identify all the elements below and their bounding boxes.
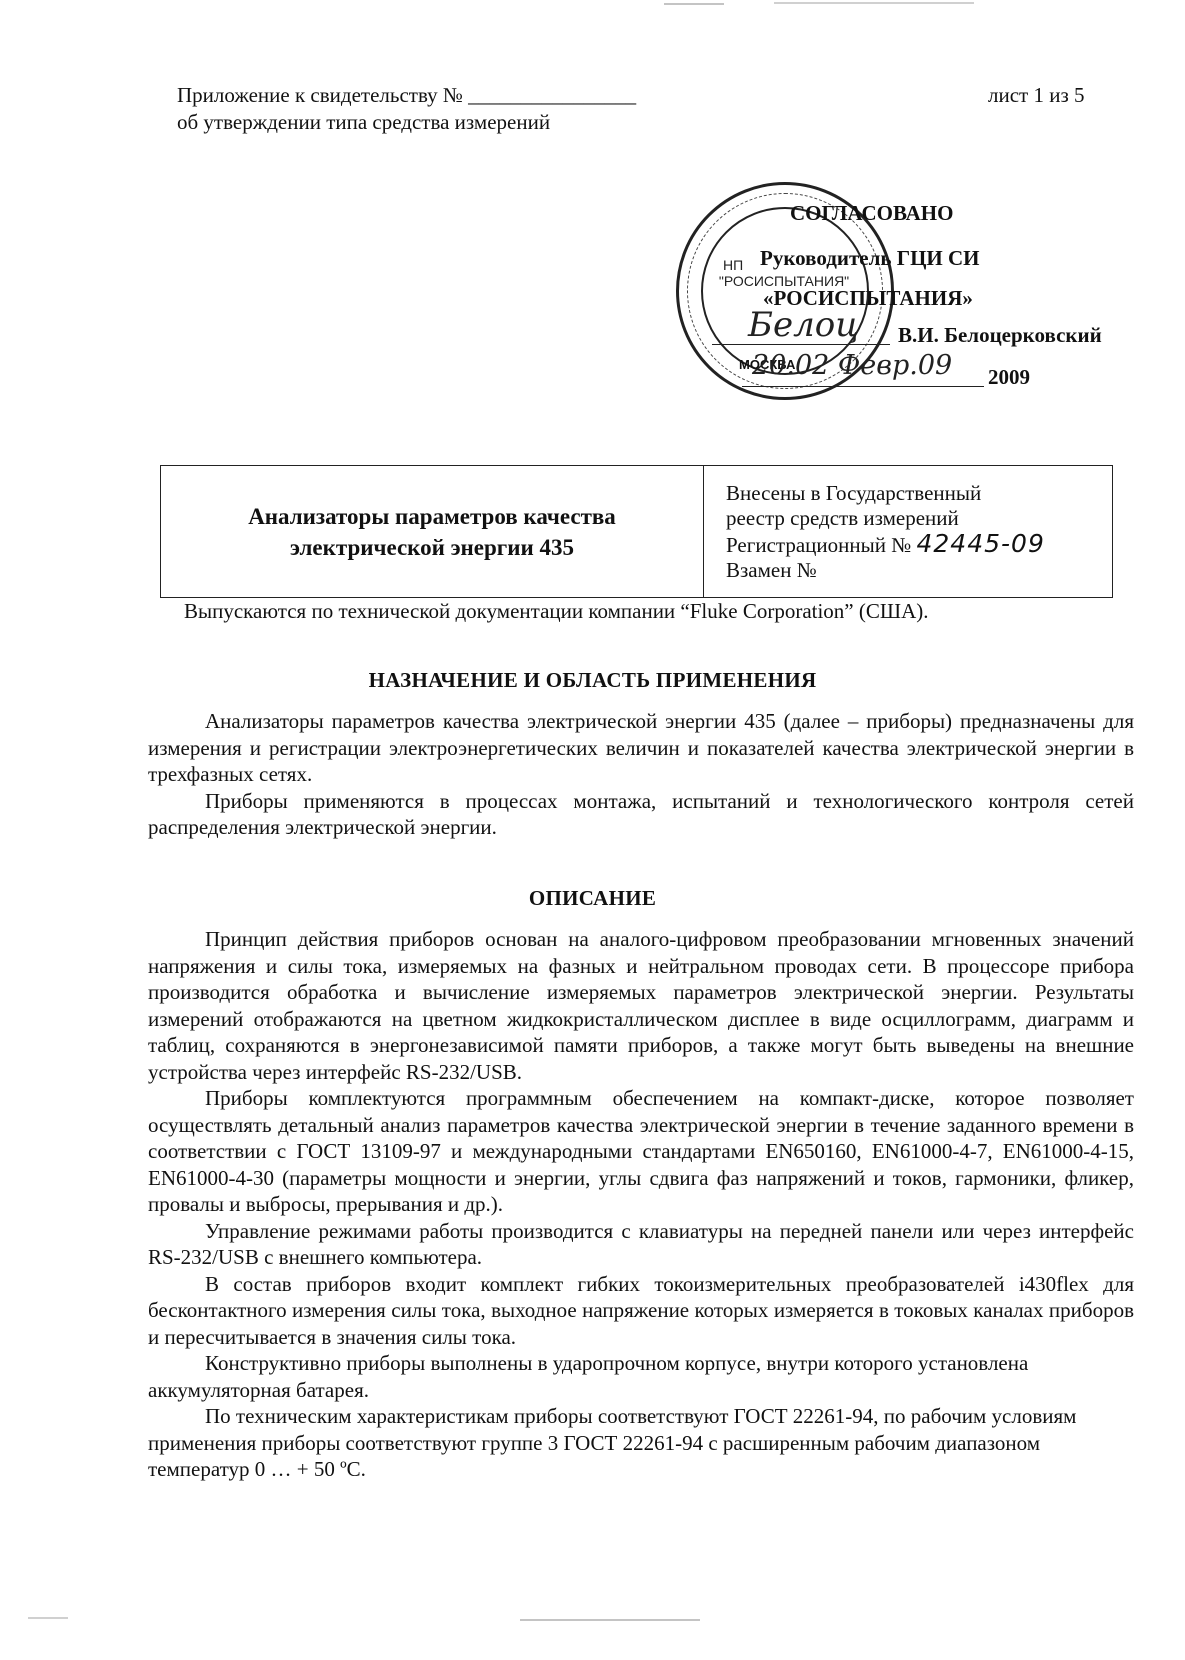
scan-artifact-bottom: [520, 1619, 700, 1621]
registration-number: 42445-09: [917, 529, 1045, 558]
registry-table: Анализаторы параметров качества электрич…: [160, 465, 1113, 598]
registry-table-row: Анализаторы параметров качества электрич…: [161, 466, 1113, 598]
paragraph: Принцип действия приборов основан на ана…: [148, 926, 1134, 1085]
handwritten-signature: Белоц: [748, 305, 859, 345]
paragraph: Конструктивно приборы выполнены в удароп…: [148, 1350, 1134, 1403]
section-title-purpose: НАЗНАЧЕНИЕ И ОБЛАСТЬ ПРИМЕНЕНИЯ: [0, 668, 1185, 693]
scan-artifact-bottom: [28, 1617, 68, 1619]
scan-artifact-top: [664, 3, 724, 5]
attachment-line-1: Приложение к свидетельству № ___________…: [177, 82, 636, 109]
attachment-line-2: об утверждении типа средства измерений: [177, 109, 636, 136]
handwritten-date: 20.02 Февр.09: [752, 350, 952, 381]
approval-signer: В.И. Белоцерковский: [898, 322, 1102, 348]
replaces-label: Взамен №: [726, 558, 1111, 583]
registration-number-row: Регистрационный № 42445-09: [726, 531, 1111, 558]
paragraph: Приборы применяются в процессах монтажа,…: [148, 788, 1134, 841]
registration-label: Регистрационный №: [726, 533, 911, 557]
paragraph: В состав приборов входит комплект гибких…: [148, 1271, 1134, 1351]
registry-entry-cell: Внесены в Государственный реестр средств…: [704, 466, 1113, 598]
scan-artifact-top: [774, 2, 974, 4]
sheet-number: лист 1 из 5: [988, 82, 1085, 109]
registry-entry-line-1: Внесены в Государственный: [726, 481, 1111, 506]
approval-position: Руководитель ГЦИ СИ: [760, 245, 980, 271]
product-name-cell: Анализаторы параметров качества электрич…: [161, 466, 704, 598]
registry-entry-line-2: реестр средств измерений: [726, 506, 1111, 531]
paragraph: Управление режимами работы производится …: [148, 1218, 1134, 1271]
section-title-description: ОПИСАНИЕ: [0, 886, 1185, 911]
product-name-line-1: Анализаторы параметров качества: [162, 501, 702, 532]
section-description-body: Принцип действия приборов основан на ана…: [148, 926, 1134, 1483]
signature-line: [712, 344, 890, 345]
product-name-line-2: электрической энергии 435: [162, 532, 702, 563]
section-purpose-body: Анализаторы параметров качества электрич…: [148, 708, 1134, 841]
date-line: [742, 386, 984, 387]
approval-title: СОГЛАСОВАНО: [790, 200, 953, 226]
paragraph: Анализаторы параметров качества электрич…: [148, 708, 1134, 788]
paragraph: По техническим характеристикам приборы с…: [148, 1403, 1078, 1483]
approval-year: 2009: [988, 364, 1030, 390]
manufacturer-note: Выпускаются по технической документации …: [184, 598, 1084, 625]
attachment-header: Приложение к свидетельству № ___________…: [177, 82, 636, 136]
paragraph: Приборы комплектуются программным обеспе…: [148, 1085, 1134, 1218]
